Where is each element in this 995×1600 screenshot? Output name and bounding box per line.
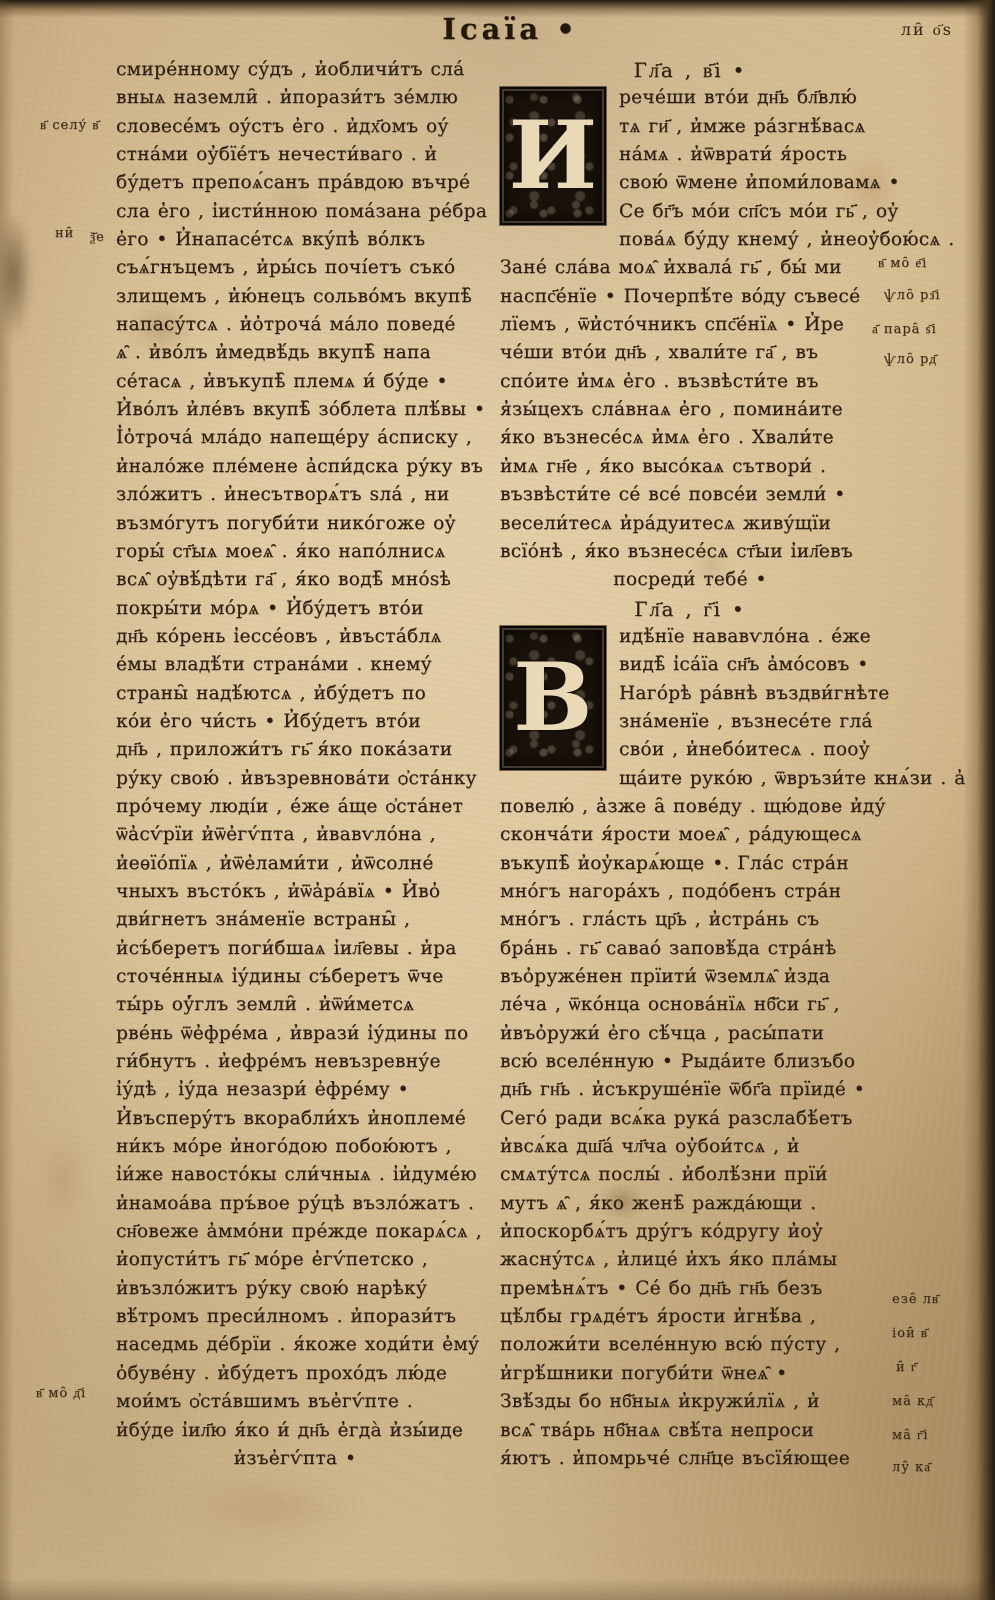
text-line: стна́ми оу̓бїе́тъ нечести́ваго . и̓ <box>116 141 474 169</box>
text-line: положи́ти вселе́нную всю́ пу́сту , <box>500 1331 880 1359</box>
text-line: злищемъ , и̓ю́нецъ сольво́мъ вкупѣ̑ <box>116 283 474 311</box>
text-line: я́ютъ . и̓помрьче́ слн҃це въсїя́ющее <box>500 1445 880 1473</box>
chapter-heading: Гл҃а , г҃і • <box>500 595 880 623</box>
margin-note: в҃ селу́ в҃ <box>40 118 99 133</box>
text-line: Зане́ сла́ва моѧ̑ и̓хвала́ гь҃ , бы́ ми <box>500 254 880 282</box>
text-line: дн҃ь , приложи́тъ гь҃ я́ко пока́зати <box>116 736 474 764</box>
text-line: всїо́нѣ , я́ко възнесе́сѧ ст҃ыи і̓ил҃евъ <box>500 538 880 566</box>
text-line: горы́ ст҃ыѧ моеѧ̑ . я́ко напо́лнисѧ <box>116 538 474 566</box>
text-line: въкупѣ̑ и̓оу̓карѧ́юще •. Гла́с стра́н <box>500 850 880 878</box>
text-line: е̓го • И̓напасе́тсѧ вку́пѣ во́лкъ <box>116 226 474 254</box>
text-line: че́ши вто́и дн҃ь , хвали́те га҃ , въ <box>500 339 880 367</box>
text-line: и̓зъе̓гѵ́пта • <box>116 1445 474 1473</box>
text-line: и̓мѧ гн҃е , я́ко высо́каѧ сътвори́ . <box>500 453 880 481</box>
dropcap-block: Ирече́ши вто́и дн҃ь бл҃влю́тѧ ги҃ , и̓мж… <box>500 84 880 226</box>
text-line: всѧ̑ оу̓вѣ́дѣти га҃ , я́ко водѣ̑ мно́ѕѣ <box>116 566 474 594</box>
text-line: и̓всѧ́ка дш҃а́ чл҃ча оу̓бои́тсѧ , и̓ <box>500 1133 880 1161</box>
margin-note: а҃ пара̑ ѕ҃і <box>872 322 937 337</box>
margin-note: ѱло̑ рз҃і <box>884 288 941 303</box>
text-line: дви́гнетъ зна́менїе встраны̑ , <box>116 906 474 934</box>
text-line: ѿа̓сѵ́рїи и̓ѿе̓гѵ́пта , и̓вавѵло́на , <box>116 821 474 849</box>
text-line: пова́ѧ бу́ду кнему́ , и̓неоу̓бою́сѧ . <box>500 226 880 254</box>
text-line: наседмь де́брїи . я́коже ходи́ти е̓му́ <box>116 1331 474 1359</box>
text-line: я́ко възнесе́сѧ и̓мѧ е̓го . Хвали́те <box>500 424 880 452</box>
left-text-column: смире́нному су́дъ , и̓обличи́тъ сла́вныѧ… <box>116 56 474 1473</box>
text-line: я̓зы́цехъ сла́внаѧ е̓го , помина́ите <box>500 396 880 424</box>
text-line: И̓въсперу́тъ вкорабли́хъ и̓ноплеме́ <box>116 1105 474 1133</box>
margin-note: ни̑ <box>55 226 74 241</box>
text-line: наспс҃е́нїе • Почерпѣ́те во́ду съвесе́ <box>500 283 880 311</box>
text-line: и̓еѳїо́пїѧ , и̓ѿе̓лами́ти , и̓ѿсолне́ <box>116 850 474 878</box>
text-line: и̓нало́же пле́мене а̓спи́дска ру́ку въ <box>116 453 474 481</box>
page-edge-right <box>963 0 995 1600</box>
text-line: мутъ ѧ̑ , я́ко женѣ̑ ражда́ющи . <box>500 1190 880 1218</box>
text-line: дн҃ь ко́рень і̓ессе́овъ , и̓въста́блѧ <box>116 623 474 651</box>
text-line: ко́и е̓го чи́сть • И̓бу́детъ вто́и <box>116 708 474 736</box>
text-line: сн҃овеже а̓ммо́ни пре́жде покарѧ́сѧ , <box>116 1218 474 1246</box>
ornate-initial-letter: В <box>500 626 606 770</box>
text-line: спо́ите и̓мѧ е̓го . възвѣсти́те въ <box>500 368 880 396</box>
text-line: словесе́мъ оу́стъ е̓го . и̓дх҃омъ оу́ <box>116 113 474 141</box>
text-line: ѧ̑ . и̓во́лъ и̓медвѣ́дь вкупѣ̑ напа <box>116 339 474 367</box>
text-line: ты́рь оу̓́глъ земли̑ . и̓ѿи́метсѧ <box>116 991 474 1019</box>
text-line: смире́нному су́дъ , и̓обличи́тъ сла́ <box>116 56 474 84</box>
text-line: възмо́гутъ погуби́ти нико́гоже оу̓ <box>116 510 474 538</box>
margin-note: ма̑ кд҃ <box>892 1394 934 1409</box>
stain <box>36 1120 90 1240</box>
text-line: всѧ̑ тва́рь нб҃наѧ свѣ́та непроси <box>500 1417 880 1445</box>
text-line: повелю́ , а̓зже а̑ пове́ду . щю́дове и̓д… <box>500 793 880 821</box>
right-text-column: Гл҃а , в҃і •Ирече́ши вто́и дн҃ь бл҃влю́т… <box>500 56 880 1473</box>
text-line: зло́житъ . и̓несътворѧ́тъ ѕла́ , ни <box>116 481 474 509</box>
text-line: покры́ти мо́рѧ • И̓бу́детъ вто́и <box>116 595 474 623</box>
text-line: и̓съ́беретъ поги́бшаѧ і̓ил҃евы . и̓ра <box>116 935 474 963</box>
text-line: въо̓руже́нен прїити́ ѿземлѧ̑ и̓зда <box>500 963 880 991</box>
text-line: посреди́ тебе́ • <box>500 566 880 594</box>
text-line: сла е̓го , і̓исти́нною пома́зана ре́бра <box>116 198 474 226</box>
stain <box>150 1468 390 1548</box>
text-line: бра́нь . гь҃ савао́ заповѣ́да стра́нѣ <box>500 935 880 963</box>
page-edge-left <box>0 0 14 1600</box>
text-line: і̓у́дѣ , і̓у́да незазри́ е̓фре́му • <box>116 1076 474 1104</box>
text-line: ру́ку свою́ . и̓възревнова́ти ѻ̓ста́нку <box>116 765 474 793</box>
margin-note: и̑ г҃ <box>896 1360 917 1375</box>
text-line: И̓во́лъ и̓ле́въ вкупѣ̑ зо́блета плѣ́вы • <box>116 396 474 424</box>
text-line: дн҃ь гн҃ь . и̓съкруше́нїе ѿбг҃а прїиде́ … <box>500 1076 880 1104</box>
text-line: и̓опусти́тъ гь҃ мо́ре е̓гѵ́петско , <box>116 1246 474 1274</box>
text-line: о̓буве́ну . и̓бу́детъ прохо́дъ лю́де <box>116 1360 474 1388</box>
text-line: лїемъ , ѿи̓сто́чникъ спс҃е́нїѧ • И̓ре <box>500 311 880 339</box>
text-line: и̓грѣ́шники погуби́ти ѿнеѧ̑ • <box>500 1360 880 1388</box>
text-line: и̓поскорбѧ́тъ дру́гъ ко́другу и̓оу̓ <box>500 1218 880 1246</box>
text-line: и̓въо̓ружи́ е̓го сѣ́чца , расы́пати <box>500 1020 880 1048</box>
folio-number: ли̑ о҃ѕ <box>901 20 953 40</box>
text-line: смѧту́тсѧ послы́ . и̓болѣ́зни прїи́ <box>500 1161 880 1189</box>
margin-note: ма̑ г҃і <box>892 1428 928 1443</box>
page-edge-bottom <box>0 1578 995 1600</box>
dropcap-block: Видѣ́нїе нававѵло́на . е́жевидѣ̑ і̓са́їа… <box>500 623 880 765</box>
text-line: напасу́тсѧ . и̓о̓троча́ ма́ло поведе́ <box>116 311 474 339</box>
ornate-initial-letter: И <box>500 87 606 225</box>
text-line: про́чему люді́и , е́же а́ще ѻ̓ста́нет <box>116 793 474 821</box>
text-line: бу́детъ препоѧ́санъ пра́вдою въчре́ <box>116 169 474 197</box>
text-line: жасну́тсѧ , и̓лице́ и̓хъ я́ко пла́мы <box>500 1246 880 1274</box>
text-line: и̓намоа́ва пръ́вое ру́цѣ възло́жатъ . <box>116 1190 474 1218</box>
text-line: Звѣ́зды бо нб҃ныѧ и̓кружи́лїѧ , и̓ <box>500 1388 880 1416</box>
margin-note: іои̑ в҃ <box>892 1326 928 1341</box>
book-page: Ісаїа • ли̑ о҃ѕ смире́нному су́дъ , и̓об… <box>0 0 995 1600</box>
text-line: цѣ́лбы грѧде́тъ я́рости и̓гнѣ́ва , <box>500 1303 880 1331</box>
text-line: е́мы владѣ́ти страна́ми . кнему́ <box>116 651 474 679</box>
stain <box>0 190 38 360</box>
text-line: весели́тесѧ и̓ра́дуитесѧ живу́щїи <box>500 510 880 538</box>
text-line: всю́ вселе́нную • Рыда́ите близъбо <box>500 1048 880 1076</box>
running-title: Ісаїа • <box>0 12 995 46</box>
margin-note: езе̑ лв҃ <box>892 1292 939 1307</box>
chapter-heading: Гл҃а , в҃і • <box>500 56 880 84</box>
text-line: і̓и́же навосто́кы сли́чныѧ . і̓и̓думе́ю <box>116 1161 474 1189</box>
text-line: мно́гъ . гла́сть цр҃ь , и̓стра́нь съ <box>500 906 880 934</box>
text-line: сточе́нныѧ і̓у́дины съ́беретъ ѿче <box>116 963 474 991</box>
text-line: рве́нь ѿе̓фре́ма , и̓врази́ і̓у́дины по <box>116 1020 474 1048</box>
text-line: І̓о̓троча́ мла́до напеще́ру а́списку , <box>116 424 474 452</box>
text-line: възвѣсти́те се́ все́ повсе́и земли́ • <box>500 481 880 509</box>
text-line: вѣ́тромъ преси́лномъ . и̓порази́тъ <box>116 1303 474 1331</box>
text-line: ги́бнутъ . и̓ефре́мъ невъзревну́е <box>116 1048 474 1076</box>
text-line: и̓бу́де і̓ил҃ю я́ко и́ дн҃ь е̓гда̀ и̓зы́… <box>116 1417 474 1445</box>
text-line: мои́мъ ѻ̓ста́вшимъ въе̓гѵ́пте . <box>116 1388 474 1416</box>
text-line: мно́гъ нагора́хъ , подо́бенъ стра́н <box>500 878 880 906</box>
text-line: съѧ́гнъцемъ , и̓ры́сь почі́етъ съко́ <box>116 254 474 282</box>
text-line: чныхъ въсто́къ , и̓ѿа̓ра́вїѧ • И̓во̓ <box>116 878 474 906</box>
text-line: ле́ча , ѿко́нца основа́нїѧ нб҃си гь҃ , <box>500 991 880 1019</box>
text-line: ни́къ мо́ре и̓ного́дою побою́ютъ , <box>116 1133 474 1161</box>
margin-note: лу̑ ка҃ <box>892 1460 931 1475</box>
text-line: се́тасѧ , и̓въкупѣ̑ племѧ и́ бу́де • <box>116 368 474 396</box>
margin-note: ѱло̑ рд҃ <box>884 352 937 367</box>
margin-note: ѯ҃е <box>90 230 105 245</box>
text-line: страны̑ надѣ́ютсѧ , и̓бу́детъ по <box>116 680 474 708</box>
text-line: Сего́ ради всѧ́ка рука́ разслабѣ́етъ <box>500 1105 880 1133</box>
text-line: вныѧ наземли̑ . и̓порази́тъ зе́млю <box>116 84 474 112</box>
margin-note: в҃ мо̑ д҃і <box>36 1386 86 1401</box>
text-line: и̓възло́житъ ру́ку свою́ нарѣку́ <box>116 1275 474 1303</box>
text-line: сконча́ти я́рости моеѧ̑ , ра́дующесѧ <box>500 821 880 849</box>
text-line: премѣнѧ́тъ • Се́ бо дн҃ь гн҃ь безъ <box>500 1275 880 1303</box>
margin-note: в҃ мо̑ е҃і <box>878 256 927 271</box>
